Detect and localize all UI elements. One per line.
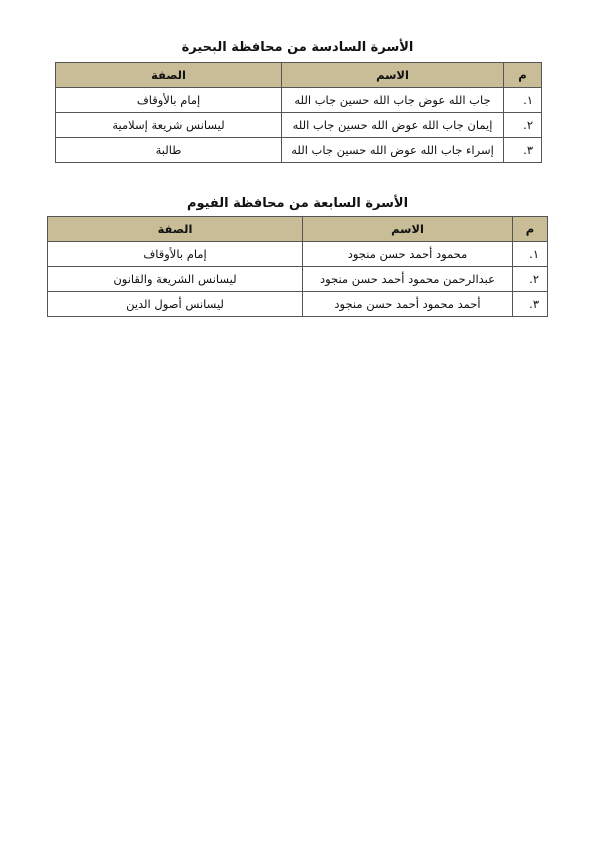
header-role: الصفة (48, 217, 303, 242)
row-role: ليسانس أصول الدين (48, 292, 303, 317)
row-name: أحمد محمود أحمد حسن منجود (303, 292, 513, 317)
table-header-row: م الاسم الصفة (56, 63, 542, 88)
row-num: ١. (504, 88, 542, 113)
row-num: ٢. (513, 267, 548, 292)
table-row: ٣. أحمد محمود أحمد حسن منجود ليسانس أصول… (48, 292, 548, 317)
row-num: ٣. (513, 292, 548, 317)
table-row: ٢. إيمان جاب الله عوض الله حسين جاب الله… (56, 113, 542, 138)
row-role: إمام بالأوقاف (48, 242, 303, 267)
header-num: م (504, 63, 542, 88)
row-num: ٢. (504, 113, 542, 138)
row-role: طالبة (56, 138, 282, 163)
row-role: إمام بالأوقاف (56, 88, 282, 113)
row-name: محمود أحمد حسن منجود (303, 242, 513, 267)
table-row: ٢. عبدالرحمن محمود أحمد حسن منجود ليسانس… (48, 267, 548, 292)
family-table-1: م الاسم الصفة ١. جاب الله عوض جاب الله ح… (55, 62, 542, 163)
table-row: ٣. إسراء جاب الله عوض الله حسين جاب الله… (56, 138, 542, 163)
table-1-title: الأسرة السادسة من محافظة البحيرة (0, 40, 595, 55)
row-num: ١. (513, 242, 548, 267)
header-num: م (513, 217, 548, 242)
row-name: جاب الله عوض جاب الله حسين جاب الله (282, 88, 504, 113)
row-name: إسراء جاب الله عوض الله حسين جاب الله (282, 138, 504, 163)
header-name: الاسم (282, 63, 504, 88)
table-row: ١. جاب الله عوض جاب الله حسين جاب الله إ… (56, 88, 542, 113)
row-num: ٣. (504, 138, 542, 163)
row-name: عبدالرحمن محمود أحمد حسن منجود (303, 267, 513, 292)
table-row: ١. محمود أحمد حسن منجود إمام بالأوقاف (48, 242, 548, 267)
table-header-row: م الاسم الصفة (48, 217, 548, 242)
row-role: ليسانس شريعة إسلامية (56, 113, 282, 138)
row-role: ليسانس الشريعة والقانون (48, 267, 303, 292)
row-name: إيمان جاب الله عوض الله حسين جاب الله (282, 113, 504, 138)
header-name: الاسم (303, 217, 513, 242)
table-2-title: الأسرة السابعة من محافظة الفيوم (0, 196, 595, 211)
family-table-2: م الاسم الصفة ١. محمود أحمد حسن منجود إم… (47, 216, 548, 317)
header-role: الصفة (56, 63, 282, 88)
